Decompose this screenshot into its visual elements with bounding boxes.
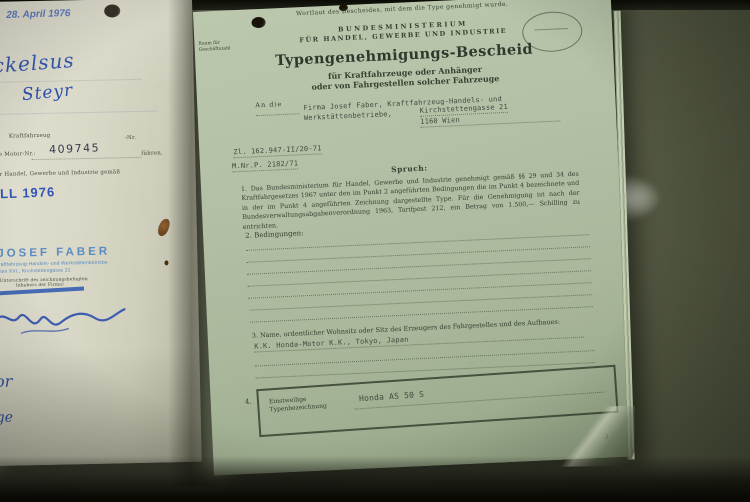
handwritten-city: Steyr [21, 81, 74, 106]
motor-number-handwritten: 409745 [49, 141, 100, 156]
addressee-line2: Werkstättenbetriebe, [304, 110, 393, 122]
faber-stamp-line2: Kraftfahrzeug-Handels- und Werkstättenbe… [0, 261, 108, 268]
file-number: Zl. 162.947-II/20-71 [233, 144, 322, 158]
date-stamp: 28. April 1976 [6, 8, 70, 21]
cutoff-text-or: or [0, 372, 12, 391]
cutoff-text-ge: ge [0, 410, 13, 426]
motor-nr-label: die Motor-Nr.: [0, 151, 36, 158]
decree-paragraph-1: 1. Das Bundesministerium für Handel, Gew… [241, 170, 581, 232]
stamp-underline-bar [0, 287, 84, 296]
fuehren-fragment: führen, [141, 150, 163, 156]
form-page: Wortlaut des Bescheides, mit dem die Typ… [193, 0, 632, 476]
faber-stamp-name: JOSEF FABER [0, 246, 110, 260]
conditions-heading: 2. Bedingungen: [245, 229, 304, 240]
faber-stamp-line3: Wien XVI., Kirchstettengasse 21 [0, 268, 71, 275]
ministry-fragment: für Handel, Gewerbe und Industrie gemäß [0, 169, 120, 178]
addressee-label: An die [255, 100, 282, 109]
signature-caption-1: (Unterschrift des zeichnungsbefugten [0, 277, 88, 284]
signature-ink [0, 291, 131, 344]
table-edge-shadow-bottom [0, 456, 750, 502]
type-designation-value: Honda AS 50 S [359, 390, 425, 403]
signature-caption-2: Inhabers der Firma) [16, 283, 64, 289]
april-date-stamp: LL 1976 [0, 184, 55, 201]
handwritten-name: ickelsus [0, 48, 75, 78]
page-number: 3 [605, 434, 609, 441]
section4-number: 4. [245, 398, 252, 406]
kraftfahrzeug-label: Kraftfahrzeug [9, 133, 51, 140]
photo-of-document: 28. April 1976 ickelsus Steyr Kraftfahrz… [0, 0, 750, 502]
punch-hole-icon [104, 4, 120, 17]
section4-group: 4. Einstweilige Typenbezeichnung Honda A… [244, 364, 627, 446]
nr-fragment: -Nr. [125, 135, 136, 141]
